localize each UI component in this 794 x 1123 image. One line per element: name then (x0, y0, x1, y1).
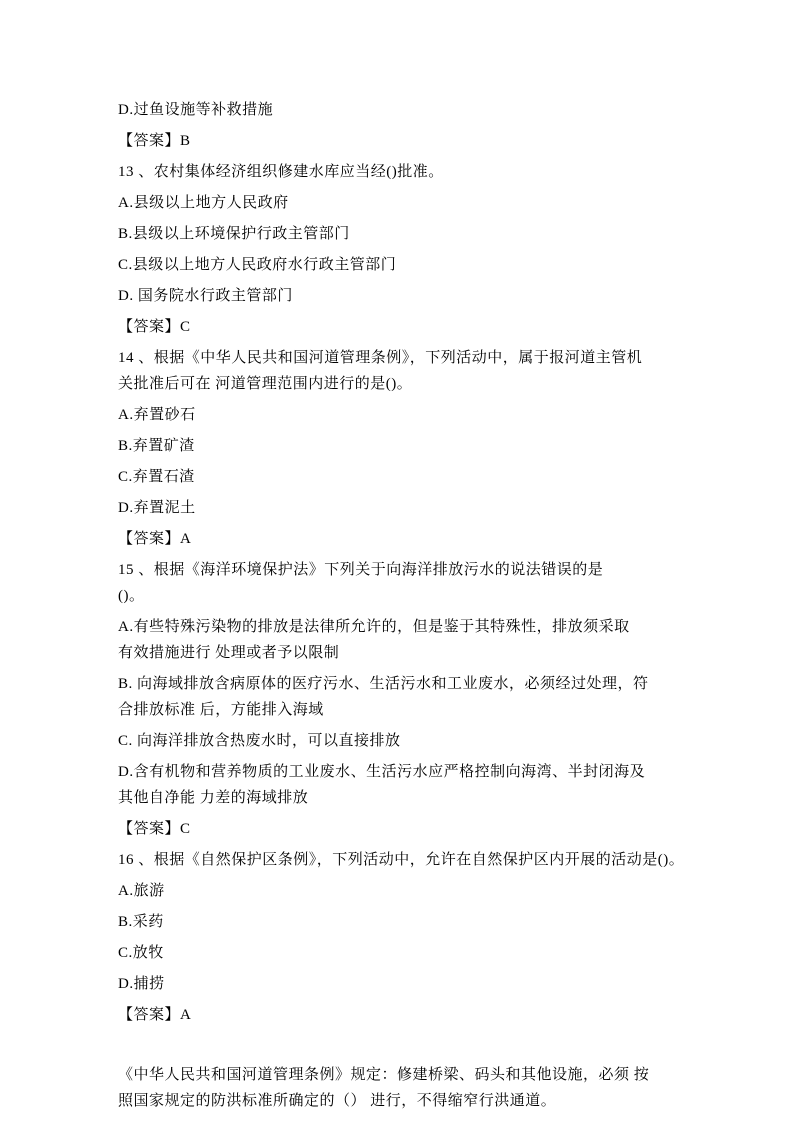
question-15-option-a-line-2: 有效措施进行 处理或者予以限制 (118, 640, 706, 666)
question-13-option-d-text: D. 国务院水行政主管部门 (118, 283, 706, 309)
regulation-note-line-2: 照国家规定的防洪标准所确定的（） 进行，不得缩窄行洪通道。 (118, 1088, 706, 1114)
question-15-option-a: A.有些特殊污染物的排放是法律所允许的，但是鉴于其特殊性，排放须采取 有效措施进… (118, 614, 706, 666)
regulation-note-line-1: 《中华人民共和国河道管理条例》规定：修建桥梁、码头和其他设施，必须 按 (118, 1062, 706, 1088)
question-14-stem: 14 、根据《中华人民共和国河道管理条例》，下列活动中，属于报河道主管机 关批准… (118, 345, 706, 397)
question-14-option-d: D.弃置泥土 (118, 495, 706, 521)
question-13-option-c-text: C.县级以上地方人民政府水行政主管部门 (118, 252, 706, 278)
question-15-option-d-line-1: D.含有机物和营养物质的工业废水、生活污水应严格控制向海湾、半封闭海及 (118, 759, 706, 785)
question-15-stem-line-2: ()。 (118, 583, 706, 609)
question-15-option-d-line-2: 其他自净能 力差的海域排放 (118, 785, 706, 811)
question-15-option-b-line-1: B. 向海域排放含病原体的医疗污水、生活污水和工业废水，必须经过处理，符 (118, 671, 706, 697)
question-14-answer: 【答案】A (118, 526, 706, 552)
question-16-option-d-text: D.捕捞 (118, 971, 706, 997)
question-14-option-d-text: D.弃置泥土 (118, 495, 706, 521)
question-14-option-a: A.弃置砂石 (118, 402, 706, 428)
question-13-option-b-text: B.县级以上环境保护行政主管部门 (118, 221, 706, 247)
question-14-option-b: B.弃置矿渣 (118, 433, 706, 459)
question-15-option-a-line-1: A.有些特殊污染物的排放是法律所允许的，但是鉴于其特殊性，排放须采取 (118, 614, 706, 640)
question-14-answer-text: 【答案】A (118, 526, 706, 552)
regulation-note: 《中华人民共和国河道管理条例》规定：修建桥梁、码头和其他设施，必须 按 照国家规… (118, 1062, 706, 1114)
carryover-option-d: D.过鱼设施等补救措施 (118, 97, 706, 123)
carryover-option-d-text: D.过鱼设施等补救措施 (118, 97, 706, 123)
question-14-option-a-text: A.弃置砂石 (118, 402, 706, 428)
question-16-option-c-text: C.放牧 (118, 940, 706, 966)
question-16-option-c: C.放牧 (118, 940, 706, 966)
question-14-stem-line-2: 关批准后可在 河道管理范围内进行的是()。 (118, 371, 706, 397)
question-15-option-d: D.含有机物和营养物质的工业废水、生活污水应严格控制向海湾、半封闭海及 其他自净… (118, 759, 706, 811)
carryover-answer-text: 【答案】B (118, 128, 706, 154)
question-13-option-d: D. 国务院水行政主管部门 (118, 283, 706, 309)
question-13-stem-line-1: 13 、农村集体经济组织修建水库应当经()批准。 (118, 159, 706, 185)
question-13-answer: 【答案】C (118, 314, 706, 340)
carryover-answer: 【答案】B (118, 128, 706, 154)
document-body: D.过鱼设施等补救措施 【答案】B 13 、农村集体经济组织修建水库应当经()批… (0, 0, 794, 1114)
question-13-stem: 13 、农村集体经济组织修建水库应当经()批准。 (118, 159, 706, 185)
question-15-option-c: C. 向海洋排放含热废水时，可以直接排放 (118, 728, 706, 754)
question-16-answer-text: 【答案】A (118, 1002, 706, 1028)
question-16-option-a-text: A.旅游 (118, 878, 706, 904)
question-16-option-b: B.采药 (118, 909, 706, 935)
question-14-option-b-text: B.弃置矿渣 (118, 433, 706, 459)
question-16-stem: 16 、根据《自然保护区条例》，下列活动中，允许在自然保护区内开展的活动是()。 (118, 847, 706, 873)
question-15-answer-text: 【答案】C (118, 816, 706, 842)
question-16-stem-line-1: 16 、根据《自然保护区条例》，下列活动中，允许在自然保护区内开展的活动是()。 (118, 847, 706, 873)
question-15-stem-line-1: 15 、根据《海洋环境保护法》下列关于向海洋排放污水的说法错误的是 (118, 557, 706, 583)
question-13-option-c: C.县级以上地方人民政府水行政主管部门 (118, 252, 706, 278)
question-14-option-c-text: C.弃置石渣 (118, 464, 706, 490)
question-15-option-b-line-2: 合排放标准 后，方能排入海域 (118, 697, 706, 723)
question-13-option-b: B.县级以上环境保护行政主管部门 (118, 221, 706, 247)
question-15-option-c-text: C. 向海洋排放含热废水时，可以直接排放 (118, 728, 706, 754)
question-16-option-d: D.捕捞 (118, 971, 706, 997)
question-13-answer-text: 【答案】C (118, 314, 706, 340)
question-14-option-c: C.弃置石渣 (118, 464, 706, 490)
document-page: D.过鱼设施等补救措施 【答案】B 13 、农村集体经济组织修建水库应当经()批… (0, 0, 794, 1123)
question-15-answer: 【答案】C (118, 816, 706, 842)
question-13-option-a: A.县级以上地方人民政府 (118, 190, 706, 216)
question-14-stem-line-1: 14 、根据《中华人民共和国河道管理条例》，下列活动中，属于报河道主管机 (118, 345, 706, 371)
question-15-option-b: B. 向海域排放含病原体的医疗污水、生活污水和工业废水，必须经过处理，符 合排放… (118, 671, 706, 723)
question-16-option-a: A.旅游 (118, 878, 706, 904)
question-15-stem: 15 、根据《海洋环境保护法》下列关于向海洋排放污水的说法错误的是 ()。 (118, 557, 706, 609)
question-13-option-a-text: A.县级以上地方人民政府 (118, 190, 706, 216)
question-16-answer: 【答案】A (118, 1002, 706, 1028)
question-16-option-b-text: B.采药 (118, 909, 706, 935)
